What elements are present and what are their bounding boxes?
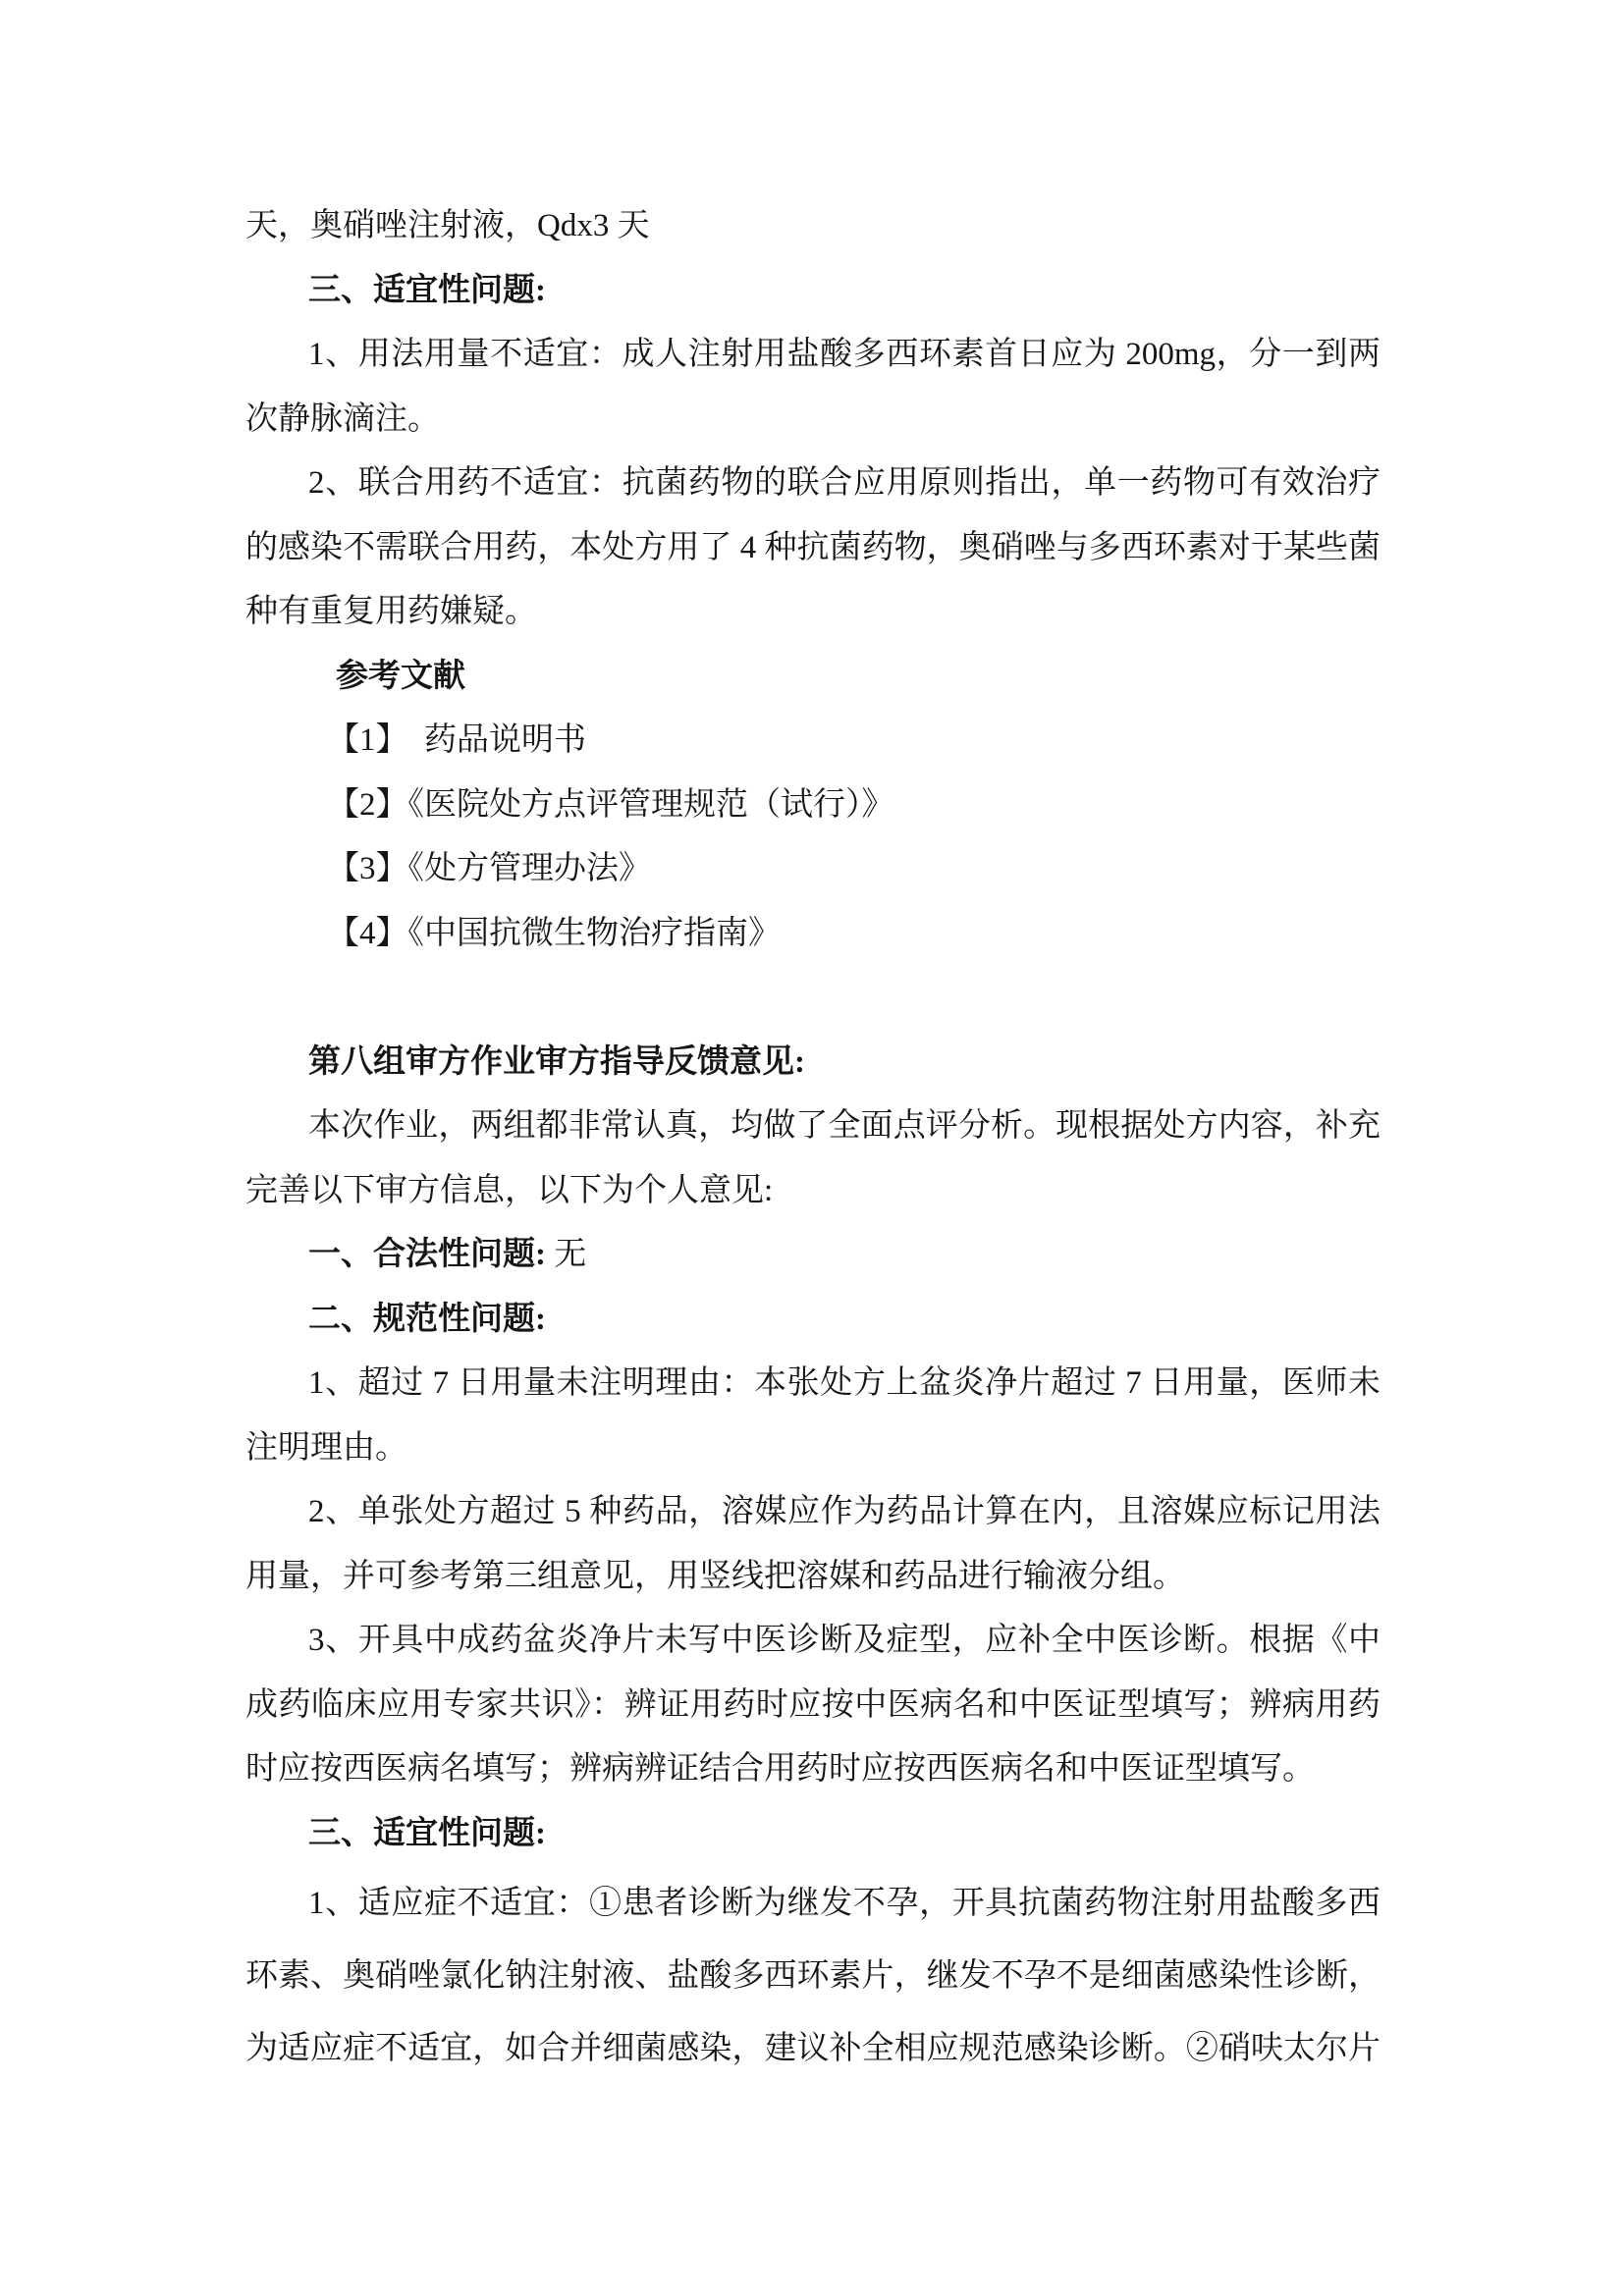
text-segment: 完善以下审方信息，以下为个人意见: xyxy=(245,1173,773,1208)
text-line xyxy=(245,966,1380,1031)
text-segment: 环素、奥硝唑氯化钠注射液、盐酸多西环素片，继发不孕不是细菌感染性诊断， xyxy=(245,1958,1380,1994)
text-line: 次静脉滴注。 xyxy=(245,388,1380,453)
text-segment: 天，奥硝唑注射液，Qdx3 天 xyxy=(245,208,650,243)
text-line: 三、适宜性问题: xyxy=(245,1802,1380,1867)
text-line: 环素、奥硝唑氯化钠注射液、盐酸多西环素片，继发不孕不是细菌感染性诊断， xyxy=(245,1940,1380,2012)
text-line: 二、规范性问题: xyxy=(245,1288,1380,1353)
text-line: 【1】 药品说明书 xyxy=(245,709,1380,774)
text-line: 三、适宜性问题: xyxy=(245,259,1380,324)
text-segment: 【2】《医院处方点评管理规范（试行）》 xyxy=(327,787,894,823)
text-segment: 1、适应症不适宜：①患者诊断为继发不孕，开具抗菌药物注射用盐酸多西 xyxy=(308,1886,1380,1921)
document-page: 天，奥硝唑注射液，Qdx3 天三、适宜性问题:1、用法用量不适宜：成人注射用盐酸… xyxy=(0,0,1624,2296)
text-segment: 无 xyxy=(554,1237,586,1272)
text-line: 注明理由。 xyxy=(245,1416,1380,1481)
text-segment: 种有重复用药嫌疑。 xyxy=(245,594,537,629)
text-segment: 【4】《中国抗微生物治疗指南》 xyxy=(327,916,781,951)
text-line: 1、用法用量不适宜：成人注射用盐酸多西环素首日应为 200mg，分一到两 xyxy=(245,323,1380,388)
text-segment: 次静脉滴注。 xyxy=(245,401,440,437)
bold-text-segment: 三、适宜性问题: xyxy=(308,1816,546,1851)
text-segment: 2、单张处方超过 5 种药品，溶媒应作为药品计算在内，且溶媒应标记用法 xyxy=(308,1494,1380,1529)
text-line: 的感染不需联合用药，本处方用了 4 种抗菌药物，奥硝唑与多西环素对于某些菌 xyxy=(245,516,1380,581)
text-line: 用量，并可参考第三组意见，用竖线把溶媒和药品进行输液分组。 xyxy=(245,1545,1380,1610)
text-segment: 本次作业，两组都非常认真，均做了全面点评分析。现根据处方内容，补充 xyxy=(308,1108,1380,1144)
text-segment: 3、开具中成药盆炎净片未写中医诊断及症型，应补全中医诊断。根据《中 xyxy=(308,1623,1380,1658)
tail-paragraph-block: 1、适应症不适宜：①患者诊断为继发不孕，开具抗菌药物注射用盐酸多西环素、奥硝唑氯… xyxy=(245,1867,1380,2085)
text-line: 【4】《中国抗微生物治疗指南》 xyxy=(245,902,1380,967)
text-line: 1、适应症不适宜：①患者诊断为继发不孕，开具抗菌药物注射用盐酸多西 xyxy=(245,1867,1380,1940)
text-line: 【3】《处方管理办法》 xyxy=(245,837,1380,902)
text-line: 天，奥硝唑注射液，Qdx3 天 xyxy=(245,194,1380,259)
bold-text-segment: 一、合法性问题: xyxy=(308,1237,554,1272)
text-line: 种有重复用药嫌疑。 xyxy=(245,580,1380,645)
text-line: 2、联合用药不适宜：抗菌药物的联合应用原则指出，单一药物可有效治疗 xyxy=(245,452,1380,516)
text-line: 【2】《医院处方点评管理规范（试行）》 xyxy=(245,774,1380,838)
bold-text-segment: 参考文献 xyxy=(336,659,465,694)
text-segment: 2、联合用药不适宜：抗菌药物的联合应用原则指出，单一药物可有效治疗 xyxy=(308,465,1380,501)
text-line: 为适应症不适宜，如合并细菌感染，建议补全相应规范感染诊断。②硝呋太尔片 xyxy=(245,2012,1380,2085)
text-segment: 的感染不需联合用药，本处方用了 4 种抗菌药物，奥硝唑与多西环素对于某些菌 xyxy=(245,530,1380,565)
bold-text-segment: 第八组审方作业审方指导反馈意见: xyxy=(308,1044,805,1080)
text-segment: 注明理由。 xyxy=(245,1430,407,1466)
bold-text-segment: 二、规范性问题: xyxy=(308,1302,546,1337)
text-line: 成药临床应用专家共识》：辨证用药时应按中医病名和中医证型填写；辨病用药 xyxy=(245,1674,1380,1738)
text-segment: 时应按西医病名填写；辨病辨证结合用药时应按西医病名和中医证型填写。 xyxy=(245,1751,1315,1787)
text-line: 1、超过 7 日用量未注明理由：本张处方上盆炎净片超过 7 日用量，医师未 xyxy=(245,1352,1380,1416)
text-segment: 为适应症不适宜，如合并细菌感染，建议补全相应规范感染诊断。②硝呋太尔片 xyxy=(245,2031,1380,2066)
text-segment: 【3】《处方管理办法》 xyxy=(327,851,651,886)
text-line: 参考文献 xyxy=(245,645,1380,710)
text-line: 本次作业，两组都非常认真，均做了全面点评分析。现根据处方内容，补充 xyxy=(245,1095,1380,1159)
text-segment: 1、超过 7 日用量未注明理由：本张处方上盆炎净片超过 7 日用量，医师未 xyxy=(308,1365,1380,1401)
bold-text-segment: 三、适宜性问题: xyxy=(308,273,546,308)
main-text-block: 天，奥硝唑注射液，Qdx3 天三、适宜性问题:1、用法用量不适宜：成人注射用盐酸… xyxy=(245,194,1380,1866)
text-line: 2、单张处方超过 5 种药品，溶媒应作为药品计算在内，且溶媒应标记用法 xyxy=(245,1480,1380,1545)
text-line: 第八组审方作业审方指导反馈意见: xyxy=(245,1031,1380,1095)
text-line: 时应按西医病名填写；辨病辨证结合用药时应按西医病名和中医证型填写。 xyxy=(245,1737,1380,1802)
text-line: 完善以下审方信息，以下为个人意见: xyxy=(245,1159,1380,1224)
text-segment: 用量，并可参考第三组意见，用竖线把溶媒和药品进行输液分组。 xyxy=(245,1559,1185,1594)
text-segment: 【1】 药品说明书 xyxy=(327,722,586,758)
text-segment: 1、用法用量不适宜：成人注射用盐酸多西环素首日应为 200mg，分一到两 xyxy=(308,337,1380,372)
text-segment: 成药临床应用专家共识》：辨证用药时应按中医病名和中医证型填写；辨病用药 xyxy=(245,1687,1380,1723)
text-line: 一、合法性问题: 无 xyxy=(245,1223,1380,1288)
text-line: 3、开具中成药盆炎净片未写中医诊断及症型，应补全中医诊断。根据《中 xyxy=(245,1609,1380,1674)
